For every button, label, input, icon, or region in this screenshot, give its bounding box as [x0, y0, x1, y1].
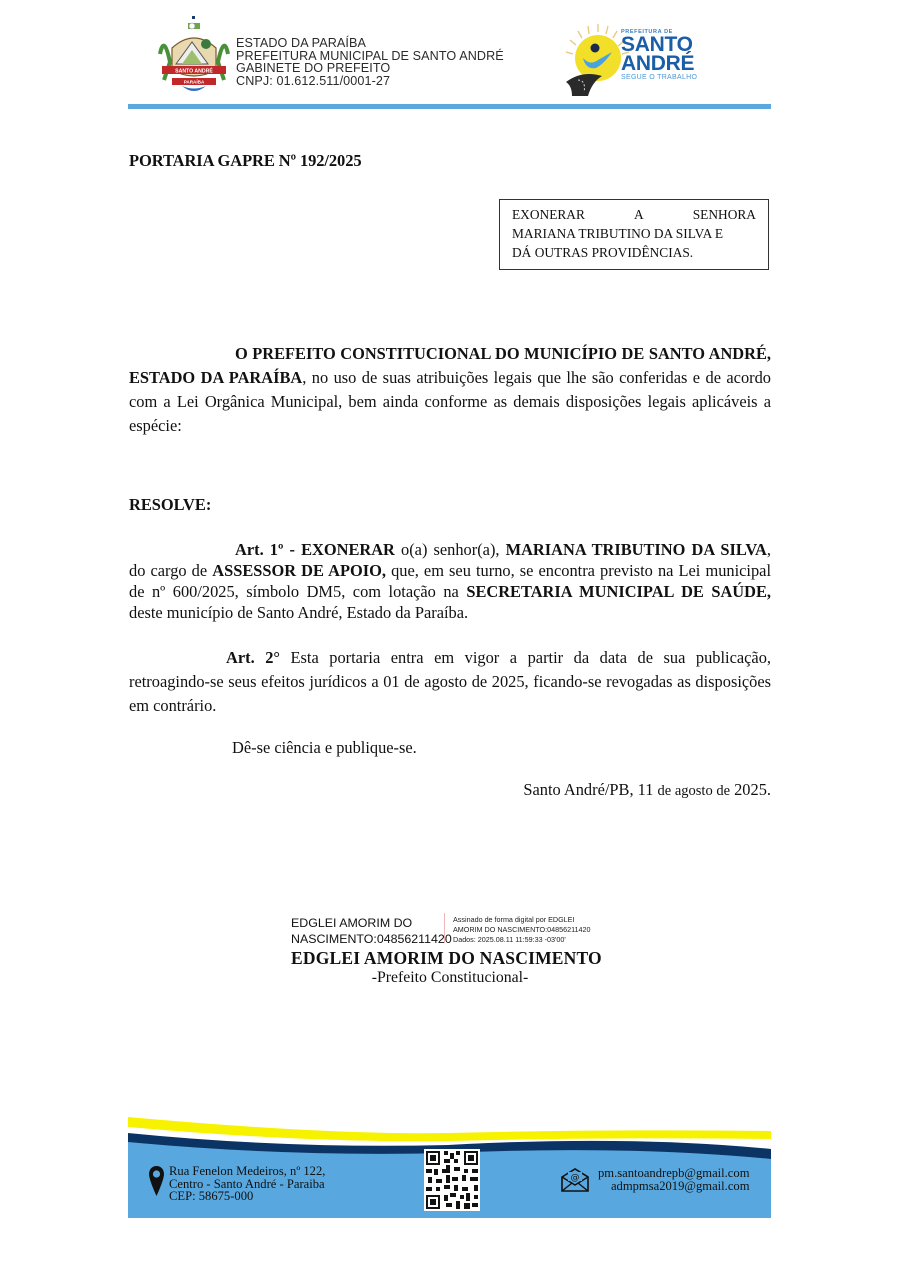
- position-name: ASSESSOR DE APOIO,: [212, 561, 386, 580]
- address-street: Rua Fenelon Medeiros, nº 122,: [169, 1165, 325, 1178]
- email-block: @ pm.santoandrepb@gmail.com admpmsa2019@…: [560, 1167, 750, 1193]
- brand-wordmark: PREFEITURA DE SANTO ANDRÉ SEGUE O TRABAL…: [621, 29, 697, 81]
- date-year: 2025.: [730, 780, 771, 799]
- article-1-text: o(a) senhor(a),: [395, 540, 506, 559]
- signature-mark-icon: [444, 913, 445, 943]
- signer-line-1: EDGLEI AMORIM DO: [291, 915, 452, 931]
- svg-text:SANTO ANDRÉ: SANTO ANDRÉ: [175, 67, 213, 75]
- closing-text: Dê-se ciência e publique-se.: [232, 738, 417, 757]
- office-name: GABINETE DO PREFEITO: [236, 62, 504, 75]
- ementa-box: EXONERAR A SENHORA MARIANA TRIBUTINO DA …: [499, 199, 769, 270]
- address-text: Rua Fenelon Medeiros, nº 122, Centro - S…: [169, 1165, 325, 1203]
- stamp-date: Dados: 2025.08.11 11:59:33 -03'00': [453, 935, 591, 945]
- ementa-line-3: DÁ OUTRAS PROVIDÊNCIAS.: [512, 243, 756, 262]
- digital-signer-name: EDGLEI AMORIM DO NASCIMENTO:04856211420: [291, 915, 452, 947]
- header-divider: [128, 104, 771, 109]
- article-1-text: deste município de Santo André, Estado d…: [129, 603, 468, 622]
- ementa-word: A: [634, 205, 644, 224]
- article-1: Art. 1º - EXONERAR o(a) senhor(a), MARIA…: [129, 539, 771, 623]
- address-block: Rua Fenelon Medeiros, nº 122, Centro - S…: [148, 1165, 325, 1203]
- qr-code[interactable]: [424, 1149, 480, 1211]
- address-zip: CEP: 58675-000: [169, 1190, 325, 1203]
- department-name: SECRETARIA MUNICIPAL DE SAÚDE,: [466, 582, 771, 601]
- stamp-line-1: Assinado de forma digital por EDGLEI: [453, 915, 591, 925]
- email-secondary[interactable]: admpmsa2019@gmail.com: [598, 1180, 750, 1193]
- letterhead: SANTO ANDRÉ PARAÍBA ESTADO DA PARAÍBA PR…: [128, 12, 771, 112]
- article-2-label: Art. 2°: [226, 648, 280, 667]
- preamble-paragraph: O PREFEITO CONSTITUCIONAL DO MUNICÍPIO D…: [129, 342, 771, 438]
- date-month: de agosto de: [658, 783, 730, 799]
- ementa-word: SENHORA: [693, 205, 756, 224]
- employee-name: MARIANA TRIBUTINO DA SILVA: [506, 540, 767, 559]
- envelope-at-icon: @: [560, 1167, 590, 1193]
- email-list: pm.santoandrepb@gmail.com admpmsa2019@gm…: [598, 1167, 750, 1193]
- signatory-full-name: EDGLEI AMORIM DO NASCIMENTO: [291, 948, 602, 969]
- signatory-role: -Prefeito Constitucional-: [291, 969, 609, 987]
- municipal-crest-icon: SANTO ANDRÉ PARAÍBA: [156, 14, 232, 94]
- ementa-line-1: EXONERAR A SENHORA: [512, 205, 756, 224]
- ementa-line-2: MARIANA TRIBUTINO DA SILVA E: [512, 224, 756, 243]
- stamp-line-2: AMORIM DO NASCIMENTO:04856211420: [453, 925, 591, 935]
- signer-line-2: NASCIMENTO:04856211420: [291, 931, 452, 947]
- article-2: Art. 2° Esta portaria entra em vigor a p…: [129, 646, 771, 718]
- letterhead-text: ESTADO DA PARAÍBA PREFEITURA MUNICIPAL D…: [236, 37, 504, 87]
- resolve-heading: RESOLVE:: [129, 493, 771, 517]
- letterhead-footer: Rua Fenelon Medeiros, nº 122, Centro - S…: [128, 1105, 771, 1218]
- closing-formula: Dê-se ciência e publique-se.: [129, 736, 771, 760]
- place-and-date: Santo André/PB, 11 de agosto de 2025.: [129, 778, 771, 803]
- svg-text:@: @: [571, 1173, 580, 1183]
- state-name: ESTADO DA PARAÍBA: [236, 37, 504, 50]
- svg-text:PARAÍBA: PARAÍBA: [184, 78, 205, 85]
- place: Santo André/PB, 11: [523, 780, 657, 799]
- digital-signature-stamp: Assinado de forma digital por EDGLEI AMO…: [453, 915, 591, 945]
- article-1-label: Art. 1º - EXONERAR: [235, 540, 395, 559]
- document-title: PORTARIA GAPRE Nº 192/2025: [129, 151, 362, 171]
- brand-name-line2: ANDRÉ: [621, 54, 697, 73]
- map-pin-icon: [148, 1165, 165, 1197]
- cnpj: CNPJ: 01.612.511/0001-27: [236, 75, 504, 88]
- brand-slogan: SEGUE O TRABALHO: [621, 74, 697, 81]
- ementa-word: EXONERAR: [512, 205, 585, 224]
